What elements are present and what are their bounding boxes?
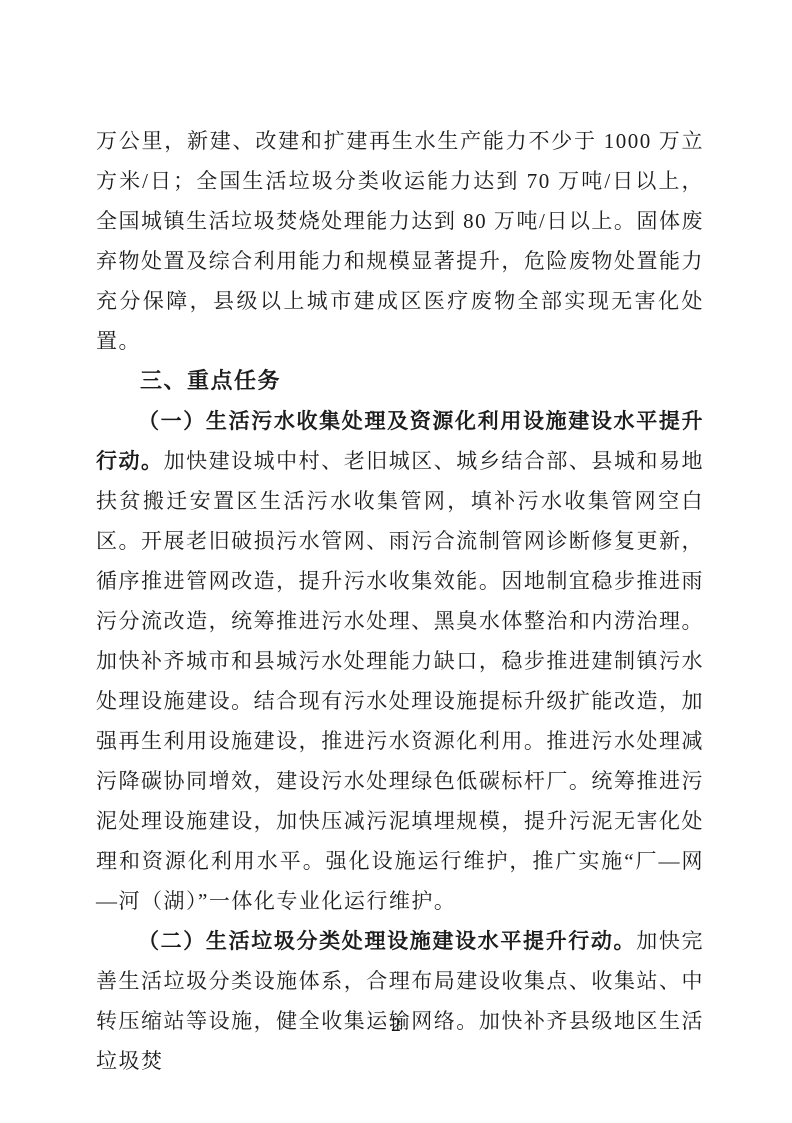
section-heading-key-tasks: 三、重点任务: [96, 361, 704, 401]
paragraph-continuation: 万公里，新建、改建和扩建再生水生产能力不少于 1000 万立方米/日；全国生活垃…: [96, 121, 704, 361]
document-page: 万公里，新建、改建和扩建再生水生产能力不少于 1000 万立方米/日；全国生活垃…: [0, 0, 792, 1123]
paragraph-task-1: （一）生活污水收集处理及资源化利用设施建设水平提升行动。加快建设城中村、老旧城区…: [96, 401, 704, 921]
paragraph-continuation-text: 万公里，新建、改建和扩建再生水生产能力不少于 1000 万立方米/日；全国生活垃…: [96, 129, 704, 353]
task-1-body: 加快建设城中村、老旧城区、城乡结合部、县城和易地扶贫搬迁安置区生活污水收集管网，…: [96, 449, 704, 913]
task-2-lead: （二）生活垃圾分类处理设施建设水平提升行动。: [138, 929, 636, 953]
page-number: 2: [0, 1010, 792, 1040]
paragraph-task-2: （二）生活垃圾分类处理设施建设水平提升行动。加快完善生活垃圾分类设施体系，合理布…: [96, 921, 704, 1081]
document-body: 万公里，新建、改建和扩建再生水生产能力不少于 1000 万立方米/日；全国生活垃…: [96, 121, 704, 1081]
